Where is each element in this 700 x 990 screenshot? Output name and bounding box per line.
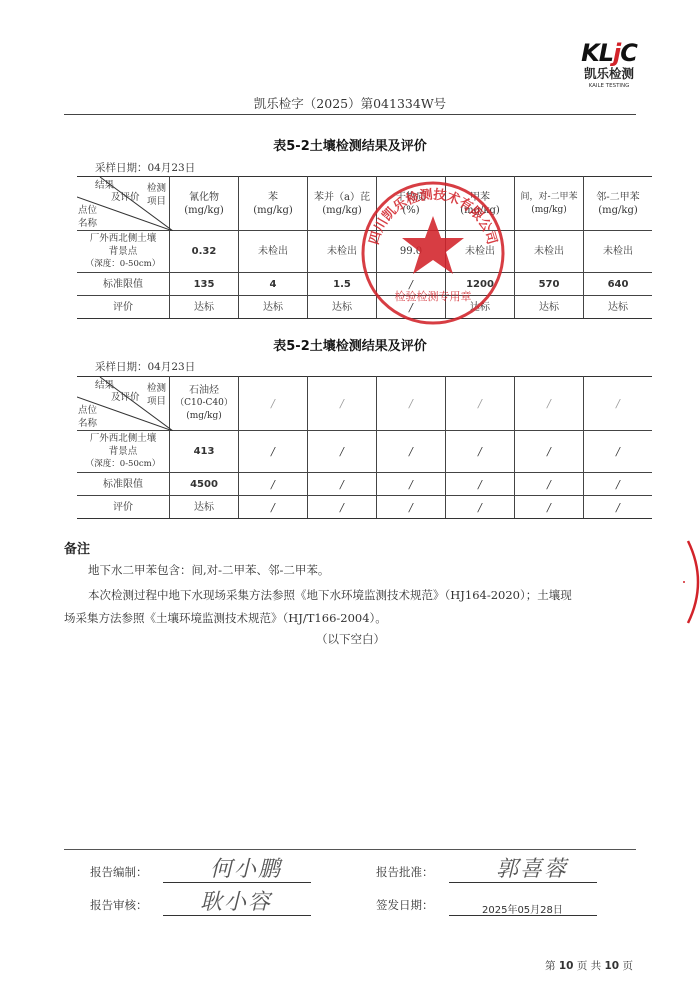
compiled-signature: 何小鹏 — [210, 852, 282, 883]
table-row: 评价 达标 达标 达标 / 达标 达标 达标 — [77, 296, 652, 319]
table2-title: 表5-2土壤检测结果及评价 — [0, 335, 700, 354]
reviewed-signature: 耿小容 — [200, 885, 272, 916]
note-line-1: 地下水二甲苯包含：间,对-二甲苯、邻-二甲苯。 — [88, 562, 329, 578]
notes-heading: 备注 — [64, 538, 90, 557]
compiled-label: 报告编制： — [90, 864, 148, 880]
table-row: 评价 达标 / / / / / / — [77, 496, 652, 519]
table-row: 厂外西北侧土壤背景点（深度：0-50cm） 0.32 未检出 未检出 99.0 … — [77, 231, 652, 273]
blank-below-note: （以下空白） — [316, 631, 385, 647]
approved-sign-line — [449, 882, 597, 883]
table2-corner-header: 结果 及评价 检测 项目 点位 名称 — [77, 377, 170, 431]
approved-signature: 郭喜蓉 — [496, 852, 568, 883]
document-number: 凯乐检字（2025）第041334W号 — [0, 94, 700, 112]
col-header: 氰化物(mg/kg) — [170, 177, 239, 231]
issue-date: 2025年05月28日 — [482, 901, 563, 916]
company-logo: KLjC 凯乐检测 KAILE TESTING — [574, 40, 644, 90]
page-number: 第 10 页 共 10 页 — [545, 958, 633, 973]
page-edge-seal-arc — [672, 537, 700, 627]
table-row: 标准限值 135 4 1.5 / 1200 570 640 — [77, 273, 652, 296]
signature-rule — [64, 849, 636, 850]
logo-name-cn: 凯乐检测 — [574, 66, 644, 82]
row-label: 厂外西北侧土壤背景点（深度：0-50cm） — [77, 231, 170, 273]
reviewed-label: 报告审核： — [90, 897, 148, 913]
row-label: 厂外西北侧土壤背景点（深度：0-50cm） — [77, 431, 170, 473]
approved-label: 报告批准： — [376, 864, 434, 880]
col-header: 间，对-二甲苯(mg/kg) — [515, 177, 584, 231]
col-header: 干物质(%) — [377, 177, 446, 231]
table2-results: 结果 及评价 检测 项目 点位 名称 石油烃（C10-C40）(mg/kg) /… — [77, 376, 652, 519]
reviewed-sign-line — [163, 915, 311, 916]
col-header: 石油烃（C10-C40）(mg/kg) — [170, 377, 239, 431]
table-row: 厂外西北侧土壤背景点（深度：0-50cm） 413 / / / / / / — [77, 431, 652, 473]
logo-mark: KLjC — [574, 40, 644, 66]
note-line-3: 场采集方法参照《土壤环境监测技术规范》（HJ/T166-2004）。 — [64, 610, 387, 626]
col-header: 苯(mg/kg) — [239, 177, 308, 231]
issue-date-line — [449, 915, 597, 916]
header-rule — [64, 114, 636, 115]
table1-title: 表5-2土壤检测结果及评价 — [0, 135, 700, 154]
table1-sample-date: 采样日期：04月23日 — [95, 160, 195, 175]
table2-sample-date: 采样日期：04月23日 — [95, 359, 195, 374]
compiled-sign-line — [163, 882, 311, 883]
table1-results: 结果 及评价 检测 项目 点位 名称 氰化物(mg/kg) 苯(mg/kg) 苯… — [77, 176, 652, 319]
col-header: 苯并（a）芘(mg/kg) — [308, 177, 377, 231]
col-header: 邻-二甲苯(mg/kg) — [584, 177, 653, 231]
note-line-2: 本次检测过程中地下水现场采集方法参照《地下水环境监测技术规范》（HJ164-20… — [88, 587, 572, 603]
table-row: 标准限值 4500 / / / / / / — [77, 473, 652, 496]
issue-date-label: 签发日期： — [376, 897, 434, 913]
col-header: 甲苯(mg/kg) — [446, 177, 515, 231]
logo-name-en: KAILE TESTING — [574, 82, 644, 90]
table1-corner-header: 结果 及评价 检测 项目 点位 名称 — [77, 177, 170, 231]
